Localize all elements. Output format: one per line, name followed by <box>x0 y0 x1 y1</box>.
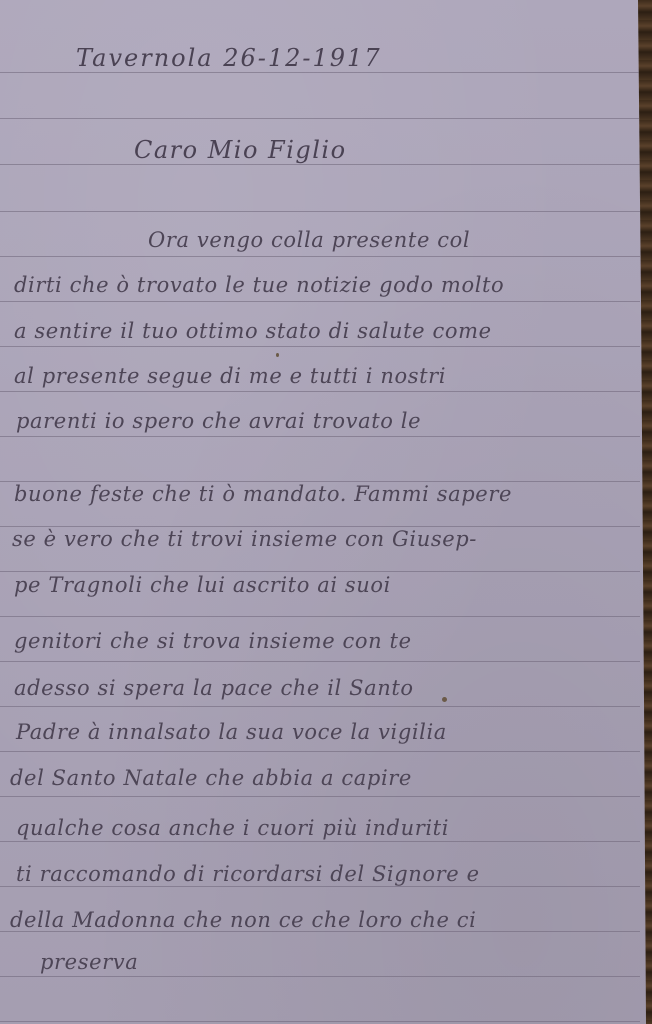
paper-stain <box>276 353 279 357</box>
letter-body-line: dirti che ò trovato le tue notizie godo … <box>14 273 504 297</box>
ruled-line <box>0 346 640 347</box>
ruled-line <box>0 661 640 662</box>
ruled-line <box>0 436 640 437</box>
ruled-line <box>0 796 640 797</box>
letter-body-line: buone feste che ti ò mandato. Fammi sape… <box>14 482 512 506</box>
paper-stain <box>442 697 447 702</box>
letter-body-line: al presente segue di me e tutti i nostri <box>14 364 446 388</box>
letter-place-date: Tavernola 26-12-1917 <box>76 44 382 72</box>
ruled-line <box>0 706 640 707</box>
letter-body-line: adesso si spera la pace che il Santo <box>14 676 414 700</box>
ruled-line <box>0 751 640 752</box>
ruled-line <box>0 841 640 842</box>
letter-body-line: se è vero che ti trovi insieme con Giuse… <box>12 527 477 551</box>
ruled-line <box>0 391 640 392</box>
letter-body-line: del Santo Natale che abbia a capire <box>10 766 412 790</box>
letter-salutation: Caro Mio Figlio <box>134 136 347 164</box>
ruled-line <box>0 976 640 977</box>
ruled-line <box>0 164 640 165</box>
letter-body-line: Ora vengo colla presente col <box>148 228 470 252</box>
letter-body-line: qualche cosa anche i cuori più induriti <box>16 816 449 840</box>
ruled-line <box>0 211 640 212</box>
letter-body-line: parenti io spero che avrai trovato le <box>16 409 421 433</box>
ruled-line <box>0 616 640 617</box>
letter-body-line: pe Tragnoli che lui ascrito ai suoi <box>14 573 391 597</box>
letter-body-line: della Madonna che non ce che loro che ci <box>10 908 476 932</box>
letter-body-line: preserva <box>40 950 138 974</box>
ruled-line <box>0 1021 640 1022</box>
ruled-line <box>0 301 640 302</box>
ruled-line <box>0 118 640 119</box>
letter-paper: Tavernola 26-12-1917 Caro Mio Figlio Ora… <box>0 0 652 1024</box>
letter-body-line: Padre à innalsato la sua voce la vigilia <box>16 720 447 744</box>
ruled-line <box>0 72 640 73</box>
letter-body-line: ti raccomando di ricordarsi del Signore … <box>16 862 480 886</box>
letter-body-line: a sentire il tuo ottimo stato di salute … <box>14 319 492 343</box>
ruled-line <box>0 256 640 257</box>
ruled-line <box>0 571 640 572</box>
letter-body-line: genitori che si trova insieme con te <box>14 629 412 653</box>
ruled-line <box>0 886 640 887</box>
